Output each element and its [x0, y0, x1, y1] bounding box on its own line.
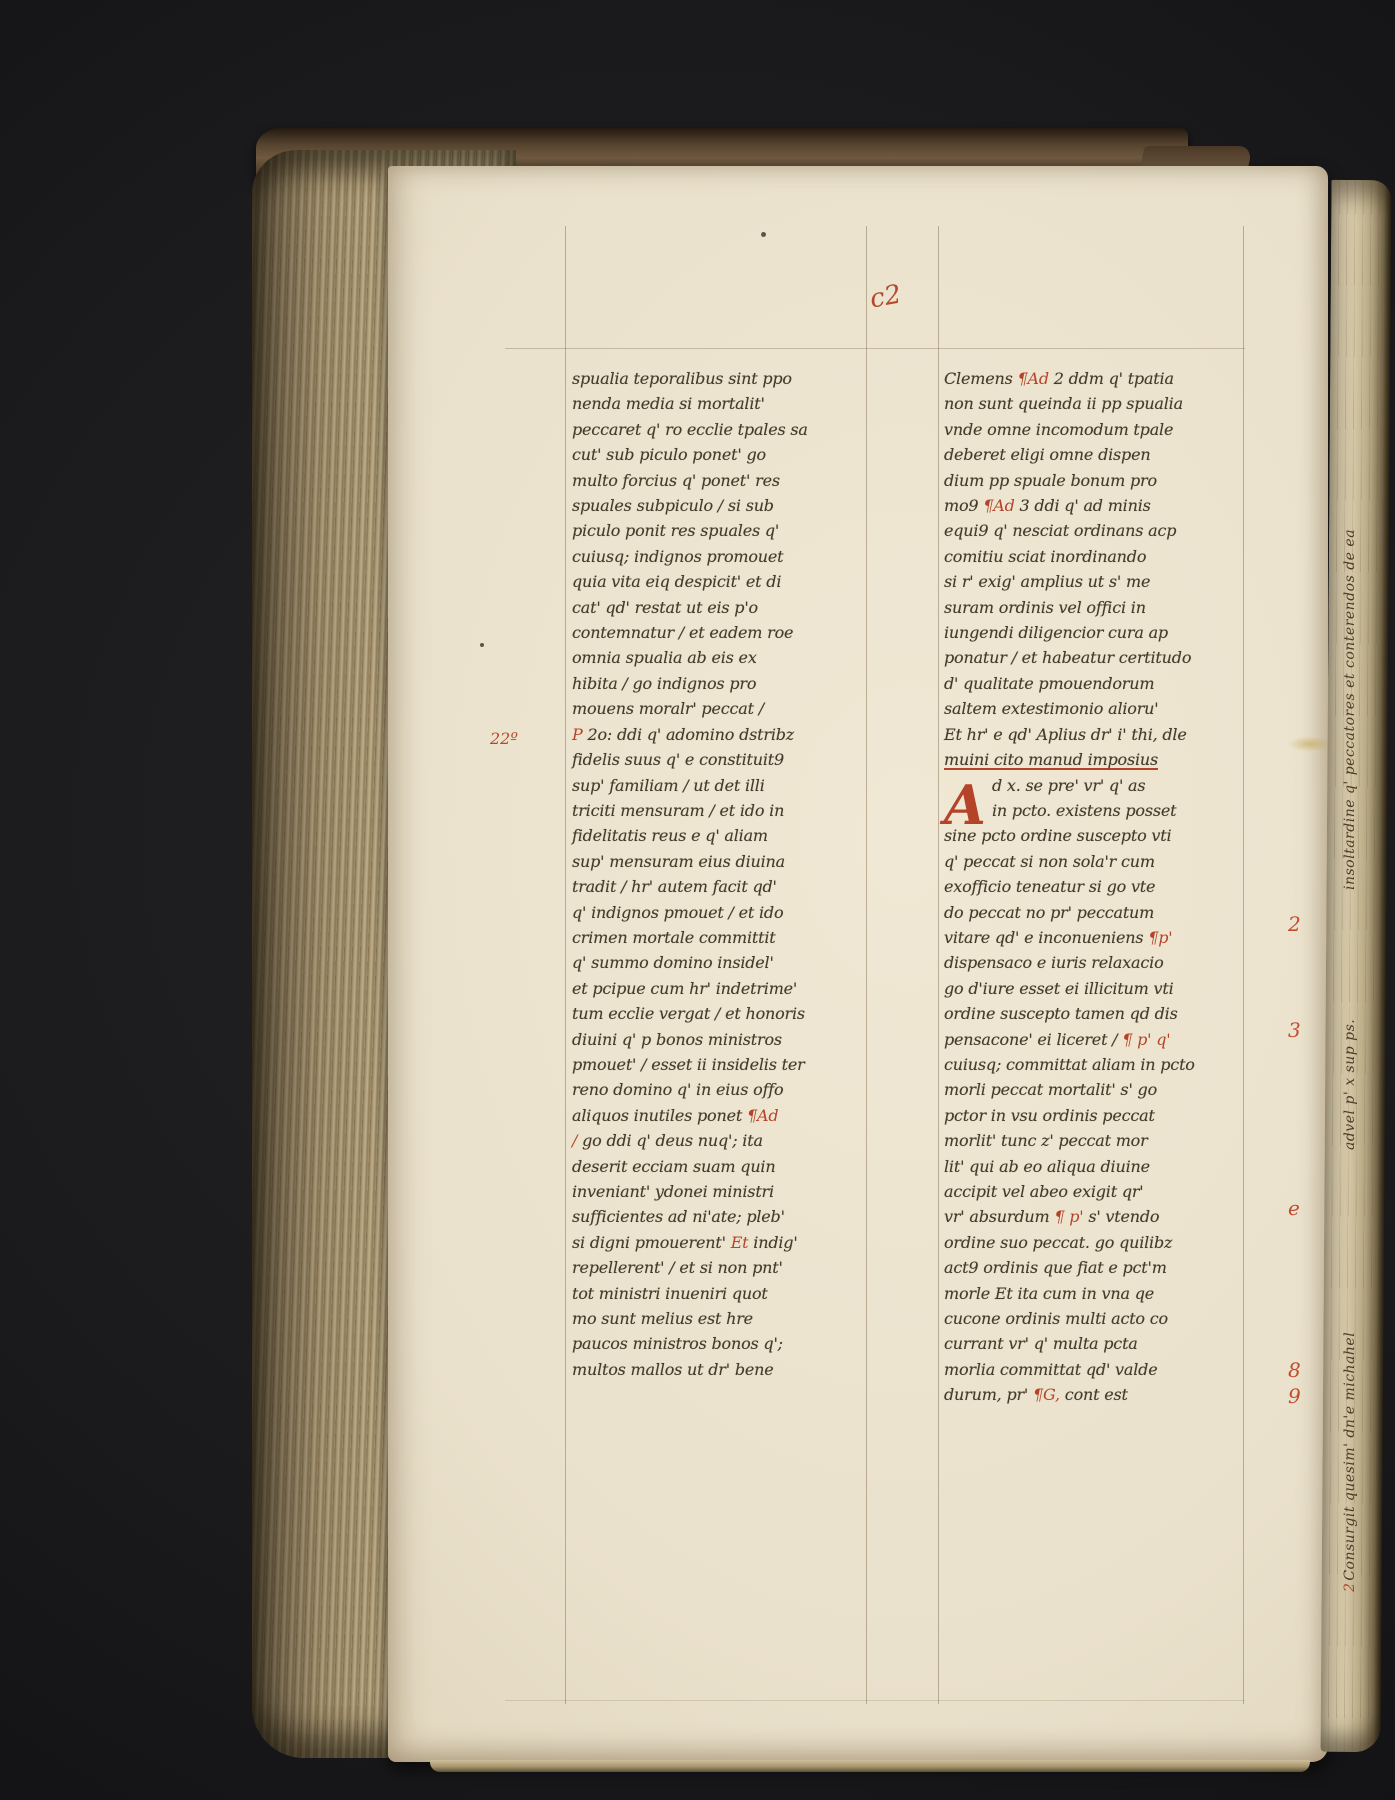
manuscript-line: quia vita eiq despicit' et di — [572, 569, 872, 594]
manuscript-line: dispensaco e iuris relaxacio — [944, 950, 1248, 975]
folio-quire-mark: c2 — [868, 280, 904, 315]
manuscript-line: multo forcius q' ponet' res — [572, 468, 872, 493]
fore-edge-note-red: advel p' x sup ps. — [1342, 982, 1368, 1150]
manuscript-line: sup' familiam / ut det illi — [572, 773, 872, 798]
parchment-stain — [1288, 736, 1332, 752]
manuscript-line: peccaret q' ro ecclie tpales sa — [572, 417, 872, 442]
manuscript-line: tradit / hr' autem facit qd' — [572, 874, 872, 899]
fore-edge-note-text: Consurgit quesim' dn'e michahel — [1342, 1332, 1358, 1581]
manuscript-line: si digni pmouerent' Et indig' — [572, 1230, 872, 1255]
margin-numeral: 9 — [1288, 1384, 1301, 1408]
manuscript-line: iungendi diligencior cura ap — [944, 620, 1248, 645]
fore-edge-note-top: insoltardine q' peccatores et conterendo… — [1342, 435, 1368, 890]
page-bottom-edges — [430, 1760, 1310, 1772]
manuscript-line: morlit' tunc z' peccat mor — [944, 1128, 1248, 1153]
manuscript-line: q' peccat si non sola'r cum — [944, 849, 1248, 874]
manuscript-line: in pcto. existens posset — [944, 798, 1248, 823]
manuscript-line: aliquos inutiles ponet ¶Ad — [572, 1103, 872, 1128]
text-column-left: spualia teporalibus sint pponenda media … — [572, 366, 872, 1382]
manuscript-line: muini cito manud imposius — [944, 747, 1248, 772]
ruling-line — [938, 226, 939, 1704]
manuscript-line: cuiusq; committat aliam in pcto — [944, 1052, 1248, 1077]
margin-numeral: 8 — [1288, 1358, 1301, 1382]
manuscript-line: lit' qui ab eo aliqua diuine — [944, 1154, 1248, 1179]
manuscript-line: et pcipue cum hr' indetrime' — [572, 976, 872, 1001]
manuscript-line: suram ordinis vel offici in — [944, 595, 1248, 620]
manuscript-line: tum ecclie vergat / et honoris — [572, 1001, 872, 1026]
manuscript-line: deberet eligi omne dispen — [944, 442, 1248, 467]
manuscript-line: Clemens ¶Ad 2 ddm q' tpatia — [944, 366, 1248, 391]
manuscript-line: inveniant' ydonei ministri — [572, 1179, 872, 1204]
manuscript-line: exofficio teneatur si go vte — [944, 874, 1248, 899]
manuscript-line: ponatur / et habeatur certitudo — [944, 645, 1248, 670]
fore-edge-note-bottom: 2 Consurgit quesim' dn'e michahel — [1342, 1162, 1368, 1592]
fore-edge-note-prefix: 2 — [1342, 1583, 1358, 1592]
manuscript-photo: c2 22º A spualia teporalibus sint pponen… — [0, 0, 1395, 1800]
ruling-line — [565, 226, 566, 1704]
manuscript-line: fidelitatis reus e q' aliam — [572, 823, 872, 848]
manuscript-line: cut' sub piculo ponet' go — [572, 442, 872, 467]
manuscript-line: contemnatur / et eadem roe — [572, 620, 872, 645]
manuscript-line: dium pp spuale bonum pro — [944, 468, 1248, 493]
manuscript-line: d x. se pre' vr' q' as — [944, 773, 1248, 798]
manuscript-line: mo sunt melius est hre — [572, 1306, 872, 1331]
manuscript-line: morle Et ita cum in vna qe — [944, 1281, 1248, 1306]
manuscript-line: vnde omne incomodum tpale — [944, 417, 1248, 442]
manuscript-line: morlia committat qd' valde — [944, 1357, 1248, 1382]
manuscript-line: omnia spualia ab eis ex — [572, 645, 872, 670]
manuscript-line: d' qualitate pmouendorum — [944, 671, 1248, 696]
manuscript-line: Et hr' e qd' Aplius dr' i' thi, dle — [944, 722, 1248, 747]
manuscript-line: morli peccat mortalit' s' go — [944, 1077, 1248, 1102]
manuscript-line: multos mallos ut dr' bene — [572, 1357, 872, 1382]
manuscript-line: sine pcto ordine suscepto vti — [944, 823, 1248, 848]
manuscript-line: go d'iure esset ei illicitum vti — [944, 976, 1248, 1001]
manuscript-line: q' summo domino insidel' — [572, 950, 872, 975]
margin-numeral: e — [1288, 1196, 1300, 1220]
manuscript-line: sup' mensuram eius diuina — [572, 849, 872, 874]
manuscript-line: ordine suo peccat. go quilibz — [944, 1230, 1248, 1255]
manuscript-line: cucone ordinis multi acto co — [944, 1306, 1248, 1331]
ruling-line — [505, 1700, 1245, 1701]
manuscript-line: / go ddi q' deus nuq'; ita — [572, 1128, 872, 1153]
manuscript-line: mouens moralr' peccat / — [572, 696, 872, 721]
manuscript-line: mo9 ¶Ad 3 ddi q' ad minis — [944, 493, 1248, 518]
manuscript-line: fidelis suus q' e constituit9 — [572, 747, 872, 772]
manuscript-line: spuales subpiculo / si sub — [572, 493, 872, 518]
manuscript-line: triciti mensuram / et ido in — [572, 798, 872, 823]
manuscript-line: vr' absurdum ¶ p' s' vtendo — [944, 1204, 1248, 1229]
manuscript-line: pctor in vsu ordinis peccat — [944, 1103, 1248, 1128]
margin-numeral: 2 — [1288, 912, 1301, 936]
manuscript-line: do peccat no pr' peccatum — [944, 900, 1248, 925]
manuscript-line: accipit vel abeo exigit qr' — [944, 1179, 1248, 1204]
margin-numeral: 3 — [1288, 1018, 1301, 1042]
manuscript-line: vitare qd' e inconueniens ¶p' — [944, 925, 1248, 950]
manuscript-line: deserit ecciam suam quin — [572, 1154, 872, 1179]
manuscript-line: ordine suscepto tamen qd dis — [944, 1001, 1248, 1026]
manuscript-line: non sunt queinda ii pp spualia — [944, 391, 1248, 416]
manuscript-line: P 2o: ddi q' adomino dstribz — [572, 722, 872, 747]
manuscript-line: piculo ponit res spuales q' — [572, 518, 872, 543]
manuscript-line: comitiu sciat inordinando — [944, 544, 1248, 569]
manuscript-line: saltem extestimonio alioru' — [944, 696, 1248, 721]
manuscript-line: si r' exig' amplius ut s' me — [944, 569, 1248, 594]
ink-speck — [480, 643, 484, 647]
manuscript-line: cuiusq; indignos promouet — [572, 544, 872, 569]
manuscript-line: repellerent' / et si non pnt' — [572, 1255, 872, 1280]
margin-note-left: 22º — [490, 729, 518, 748]
text-column-right: Clemens ¶Ad 2 ddm q' tpatianon sunt quei… — [944, 366, 1248, 1408]
manuscript-line: act9 ordinis que fiat e pct'm — [944, 1255, 1248, 1280]
manuscript-line: sufficientes ad ni'ate; pleb' — [572, 1204, 872, 1229]
manuscript-line: cat' qd' restat ut eis p'o — [572, 595, 872, 620]
manuscript-line: equi9 q' nesciat ordinans acp — [944, 518, 1248, 543]
manuscript-line: crimen mortale committit — [572, 925, 872, 950]
manuscript-line: nenda media si mortalit' — [572, 391, 872, 416]
manuscript-line: diuini q' p bonos ministros — [572, 1027, 872, 1052]
manuscript-line: pensacone' ei liceret / ¶ p' q' — [944, 1027, 1248, 1052]
manuscript-line: q' indignos pmouet / et ido — [572, 900, 872, 925]
manuscript-line: durum, pr' ¶G, cont est — [944, 1382, 1248, 1407]
manuscript-line: reno domino q' in eius offo — [572, 1077, 872, 1102]
manuscript-line: hibita / go indignos pro — [572, 671, 872, 696]
ruling-line — [505, 348, 1245, 349]
manuscript-line: pmouet' / esset ii insidelis ter — [572, 1052, 872, 1077]
ink-speck — [761, 232, 766, 237]
manuscript-line: paucos ministros bonos q'; — [572, 1331, 872, 1356]
manuscript-line: spualia teporalibus sint ppo — [572, 366, 872, 391]
manuscript-line: tot ministri inueniri quot — [572, 1281, 872, 1306]
manuscript-line: currant vr' q' multa pcta — [944, 1331, 1248, 1356]
